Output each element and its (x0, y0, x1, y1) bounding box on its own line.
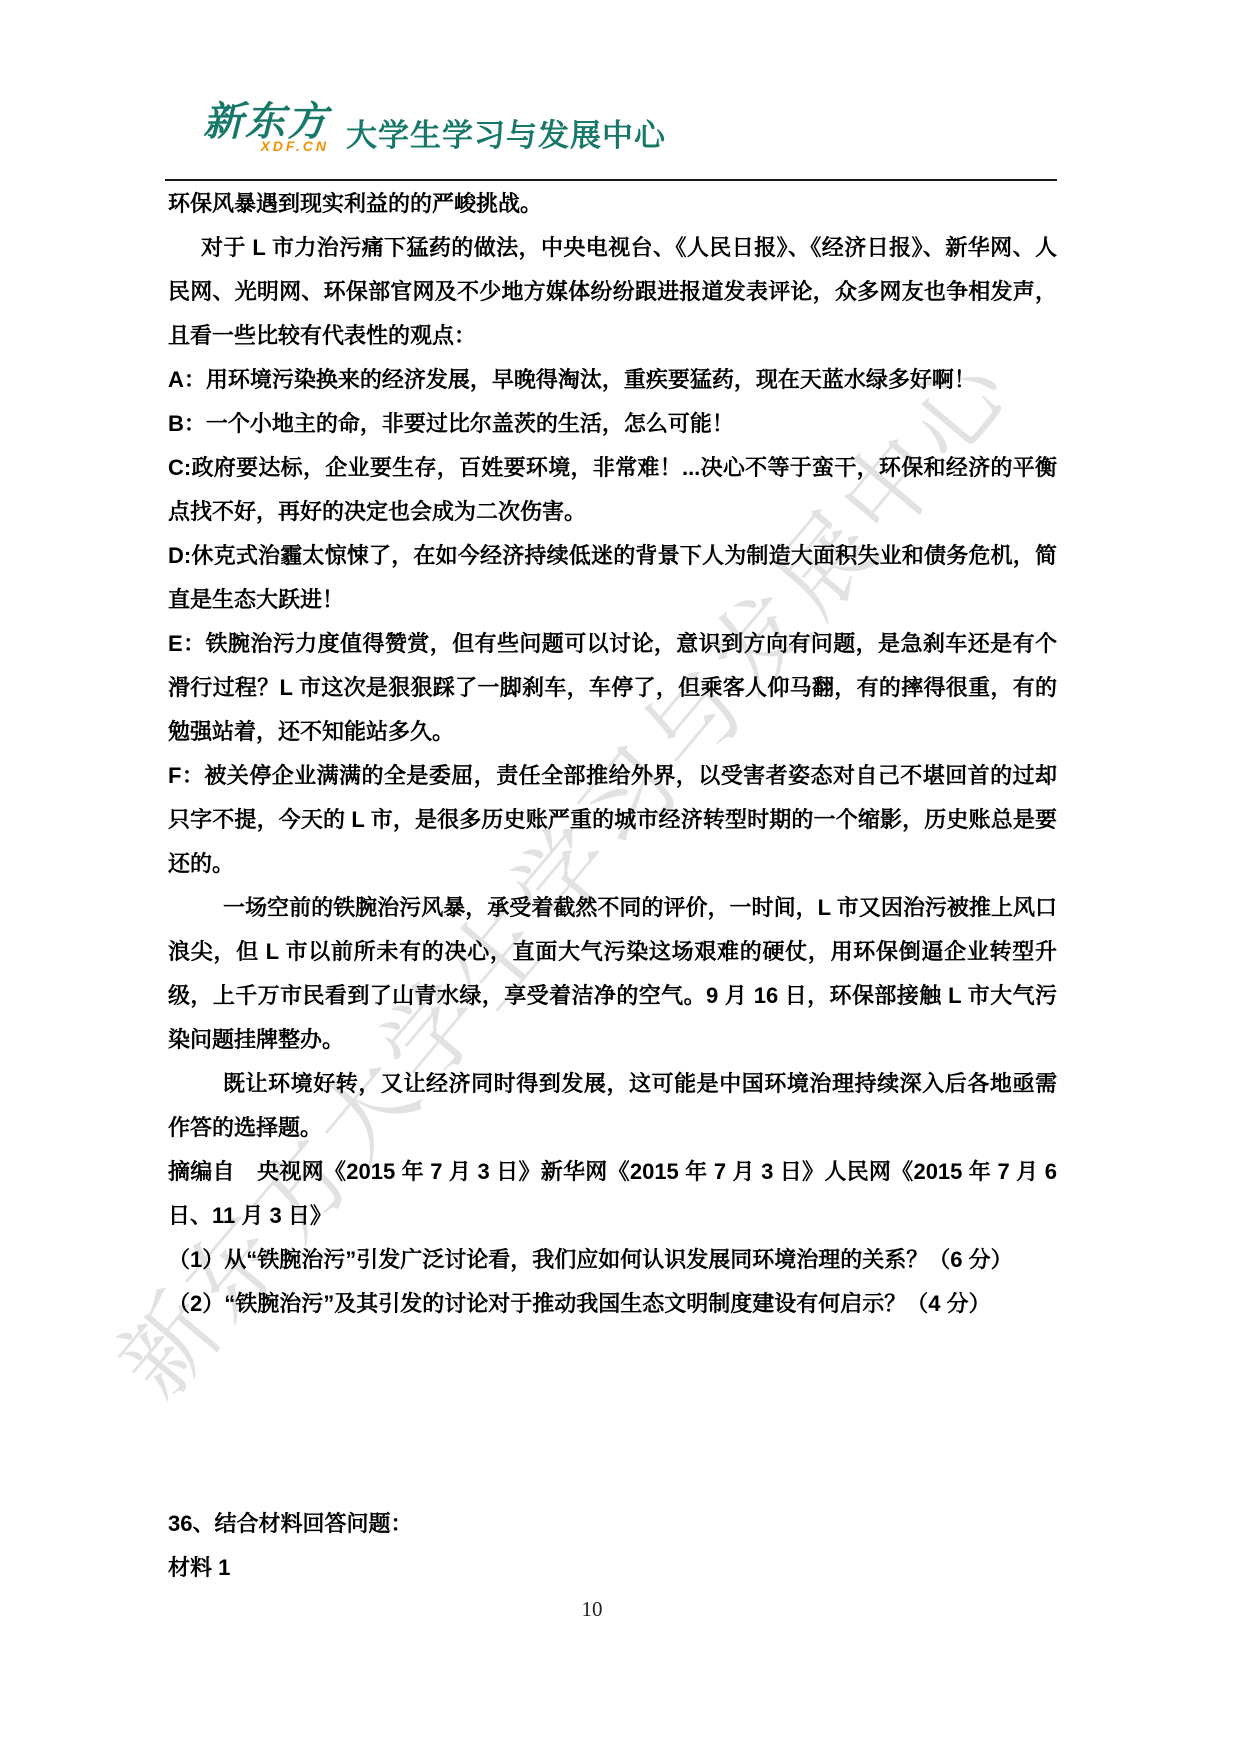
material-1-label: 材料 1 (168, 1546, 1057, 1590)
xdf-logo: 新东方 XDF.CN (203, 100, 329, 154)
document-body: 环保风暴遇到现实利益的的严峻挑战。对于 L 市力治污痛下猛药的做法，中央电视台、… (168, 182, 1057, 1326)
body-paragraph: 对于 L 市力治污痛下猛药的做法，中央电视台、《人民日报》、《经济日报》、新华网… (168, 226, 1057, 358)
body-paragraph: （2）“铁腕治污”及其引发的讨论对于推动我国生态文明制度建设有何启示？（4 分） (168, 1282, 1057, 1326)
document-page: 新东方大学生学习与发展中心 新东方 XDF.CN 大学生学习与发展中心 环保风暴… (0, 0, 1241, 1754)
question-36-heading: 36、结合材料回答问题： (168, 1502, 1057, 1546)
body-paragraph: B：一个小地主的命，非要过比尔盖茨的生活，怎么可能！ (168, 402, 1057, 446)
body-paragraph: 既让环境好转，又让经济同时得到发展，这可能是中国环境治理持续深入后各地亟需作答的… (168, 1062, 1057, 1150)
body-paragraph: F：被关停企业满满的全是委屈，责任全部推给外界，以受害者姿态对自己不堪回首的过却… (168, 754, 1057, 886)
body-paragraph: D:休克式治霾太惊悚了，在如今经济持续低迷的背景下人为制造大面积失业和债务危机，… (168, 534, 1057, 622)
body-paragraph: （1）从“铁腕治污”引发广泛讨论看，我们应如何认识发展同环境治理的关系？（6 分… (168, 1238, 1057, 1282)
question-36-block: 36、结合材料回答问题： 材料 1 (168, 1502, 1057, 1590)
body-paragraph: 环保风暴遇到现实利益的的严峻挑战。 (168, 182, 1057, 226)
body-paragraph: 一场空前的铁腕治污风暴，承受着截然不同的评价，一时间，L 市又因治污被推上风口浪… (168, 886, 1057, 1062)
page-number: 10 (0, 1597, 1184, 1622)
body-paragraph: A：用环境污染换来的经济发展，早晚得淘汰，重疾要猛药，现在天蓝水绿多好啊！ (168, 358, 1057, 402)
body-paragraph: C:政府要达标，企业要生存，百姓要环境，非常难！...决心不等于蛮干，环保和经济… (168, 446, 1057, 534)
body-paragraph: 摘编自 央视网《2015 年 7 月 3 日》新华网《2015 年 7 月 3 … (168, 1150, 1057, 1238)
body-paragraph: E：铁腕治污力度值得赞赏，但有些问题可以讨论，意识到方向有问题，是急刹车还是有个… (168, 622, 1057, 754)
header-divider (165, 179, 1057, 181)
header-title: 大学生学习与发展中心 (346, 110, 666, 155)
